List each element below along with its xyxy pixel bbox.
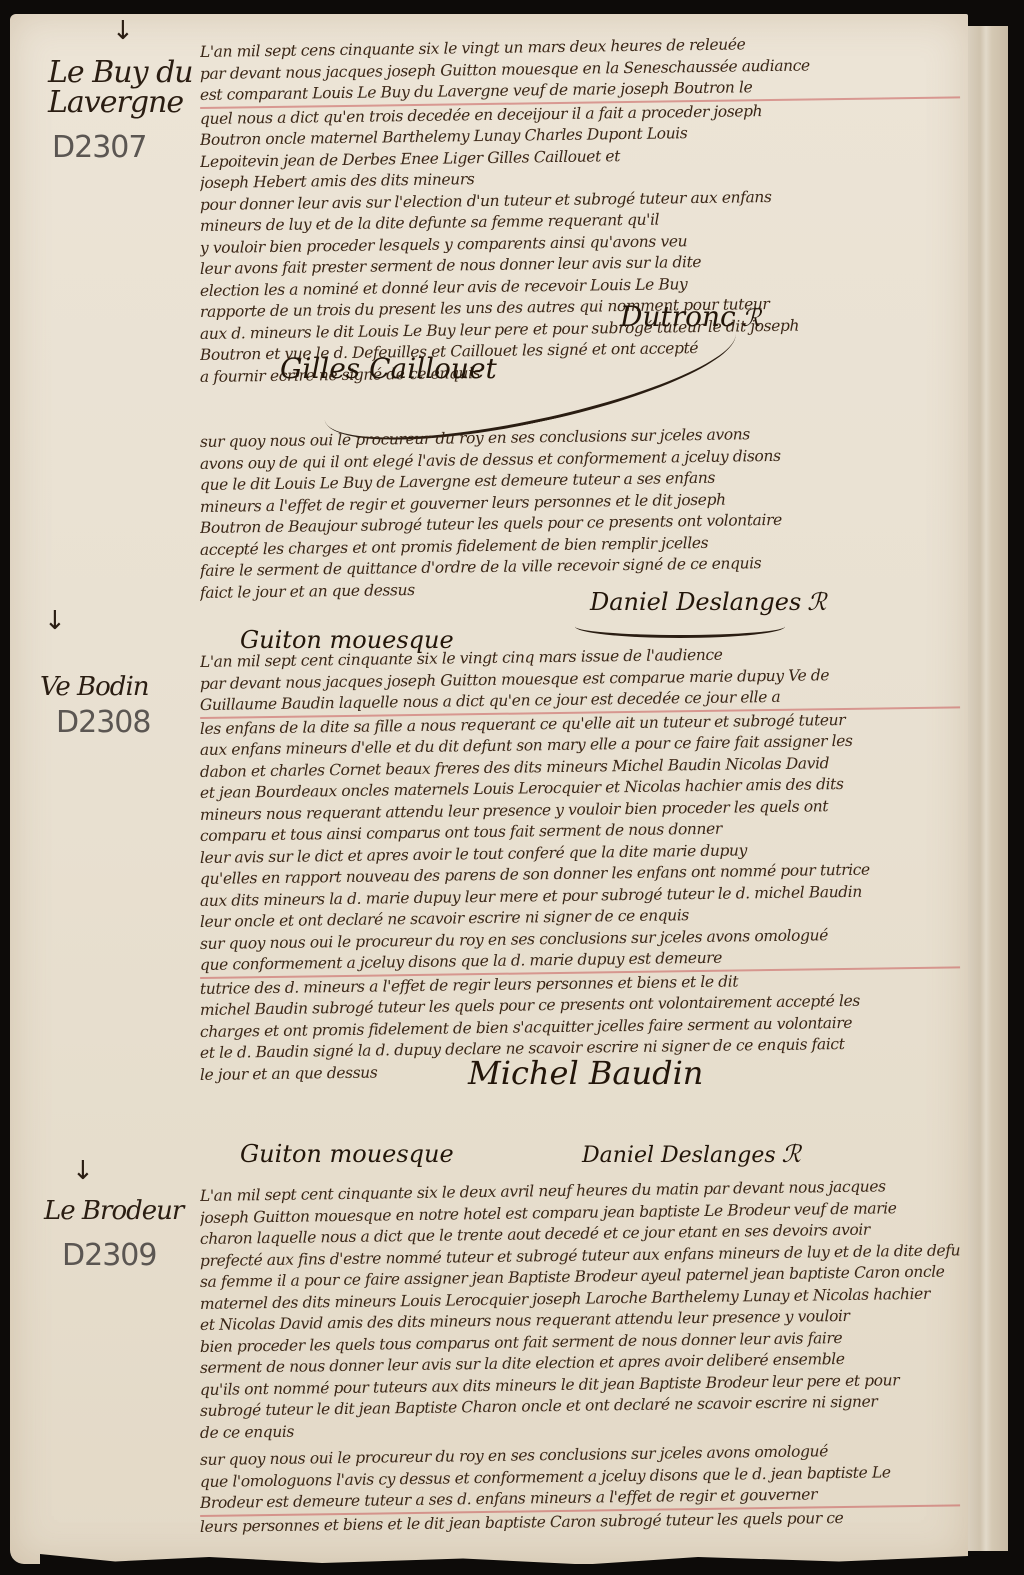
check-mark-icon: ↓: [112, 16, 134, 46]
margin-name-line-1: Le Buy du: [48, 58, 193, 88]
paraph-flourish-icon: ℛ: [782, 1140, 801, 1168]
signature-text: Daniel Deslanges: [590, 588, 801, 616]
margin-name-entry-1: Le Buy du Lavergne: [48, 58, 193, 118]
paraph-flourish-icon: ℛ: [742, 304, 761, 332]
margin-name-line-2: Lavergne: [48, 88, 193, 118]
check-mark-icon: ↓: [72, 1156, 94, 1186]
paraph-flourish-icon: ℛ: [807, 588, 826, 616]
entry-3-text: L'an mil sept cent cinquante six le deux…: [200, 1186, 960, 1538]
scan-border: [1008, 20, 1024, 1575]
signature-daniel-deslanges: Daniel Deslangesℛ: [582, 1140, 801, 1168]
signature-text: Daniel Deslanges: [582, 1143, 776, 1168]
entry-1-decree: sur quoy nous oui le procureur du roy en…: [200, 432, 960, 604]
signature-michel-baudin: Michel Baudin: [468, 1054, 703, 1092]
book-binding-edge: [968, 26, 1008, 1551]
catalog-number-entry-1: D2307: [52, 130, 146, 165]
entry-2-text: L'an mil sept cent cinquante six le ving…: [200, 652, 960, 1086]
catalog-number-entry-3: D2309: [62, 1238, 156, 1273]
margin-name-entry-2: Ve Bodin: [40, 672, 149, 702]
signature-daniel-deslanges: Daniel Deslangesℛ: [590, 588, 826, 616]
margin-name-entry-3: Le Brodeur: [44, 1196, 183, 1226]
check-mark-icon: ↓: [44, 606, 66, 636]
catalog-number-entry-2: D2308: [56, 705, 150, 740]
signature-guiton-mouesque: Guiton mouesque: [240, 1140, 454, 1168]
signature-flourish: [575, 615, 785, 638]
